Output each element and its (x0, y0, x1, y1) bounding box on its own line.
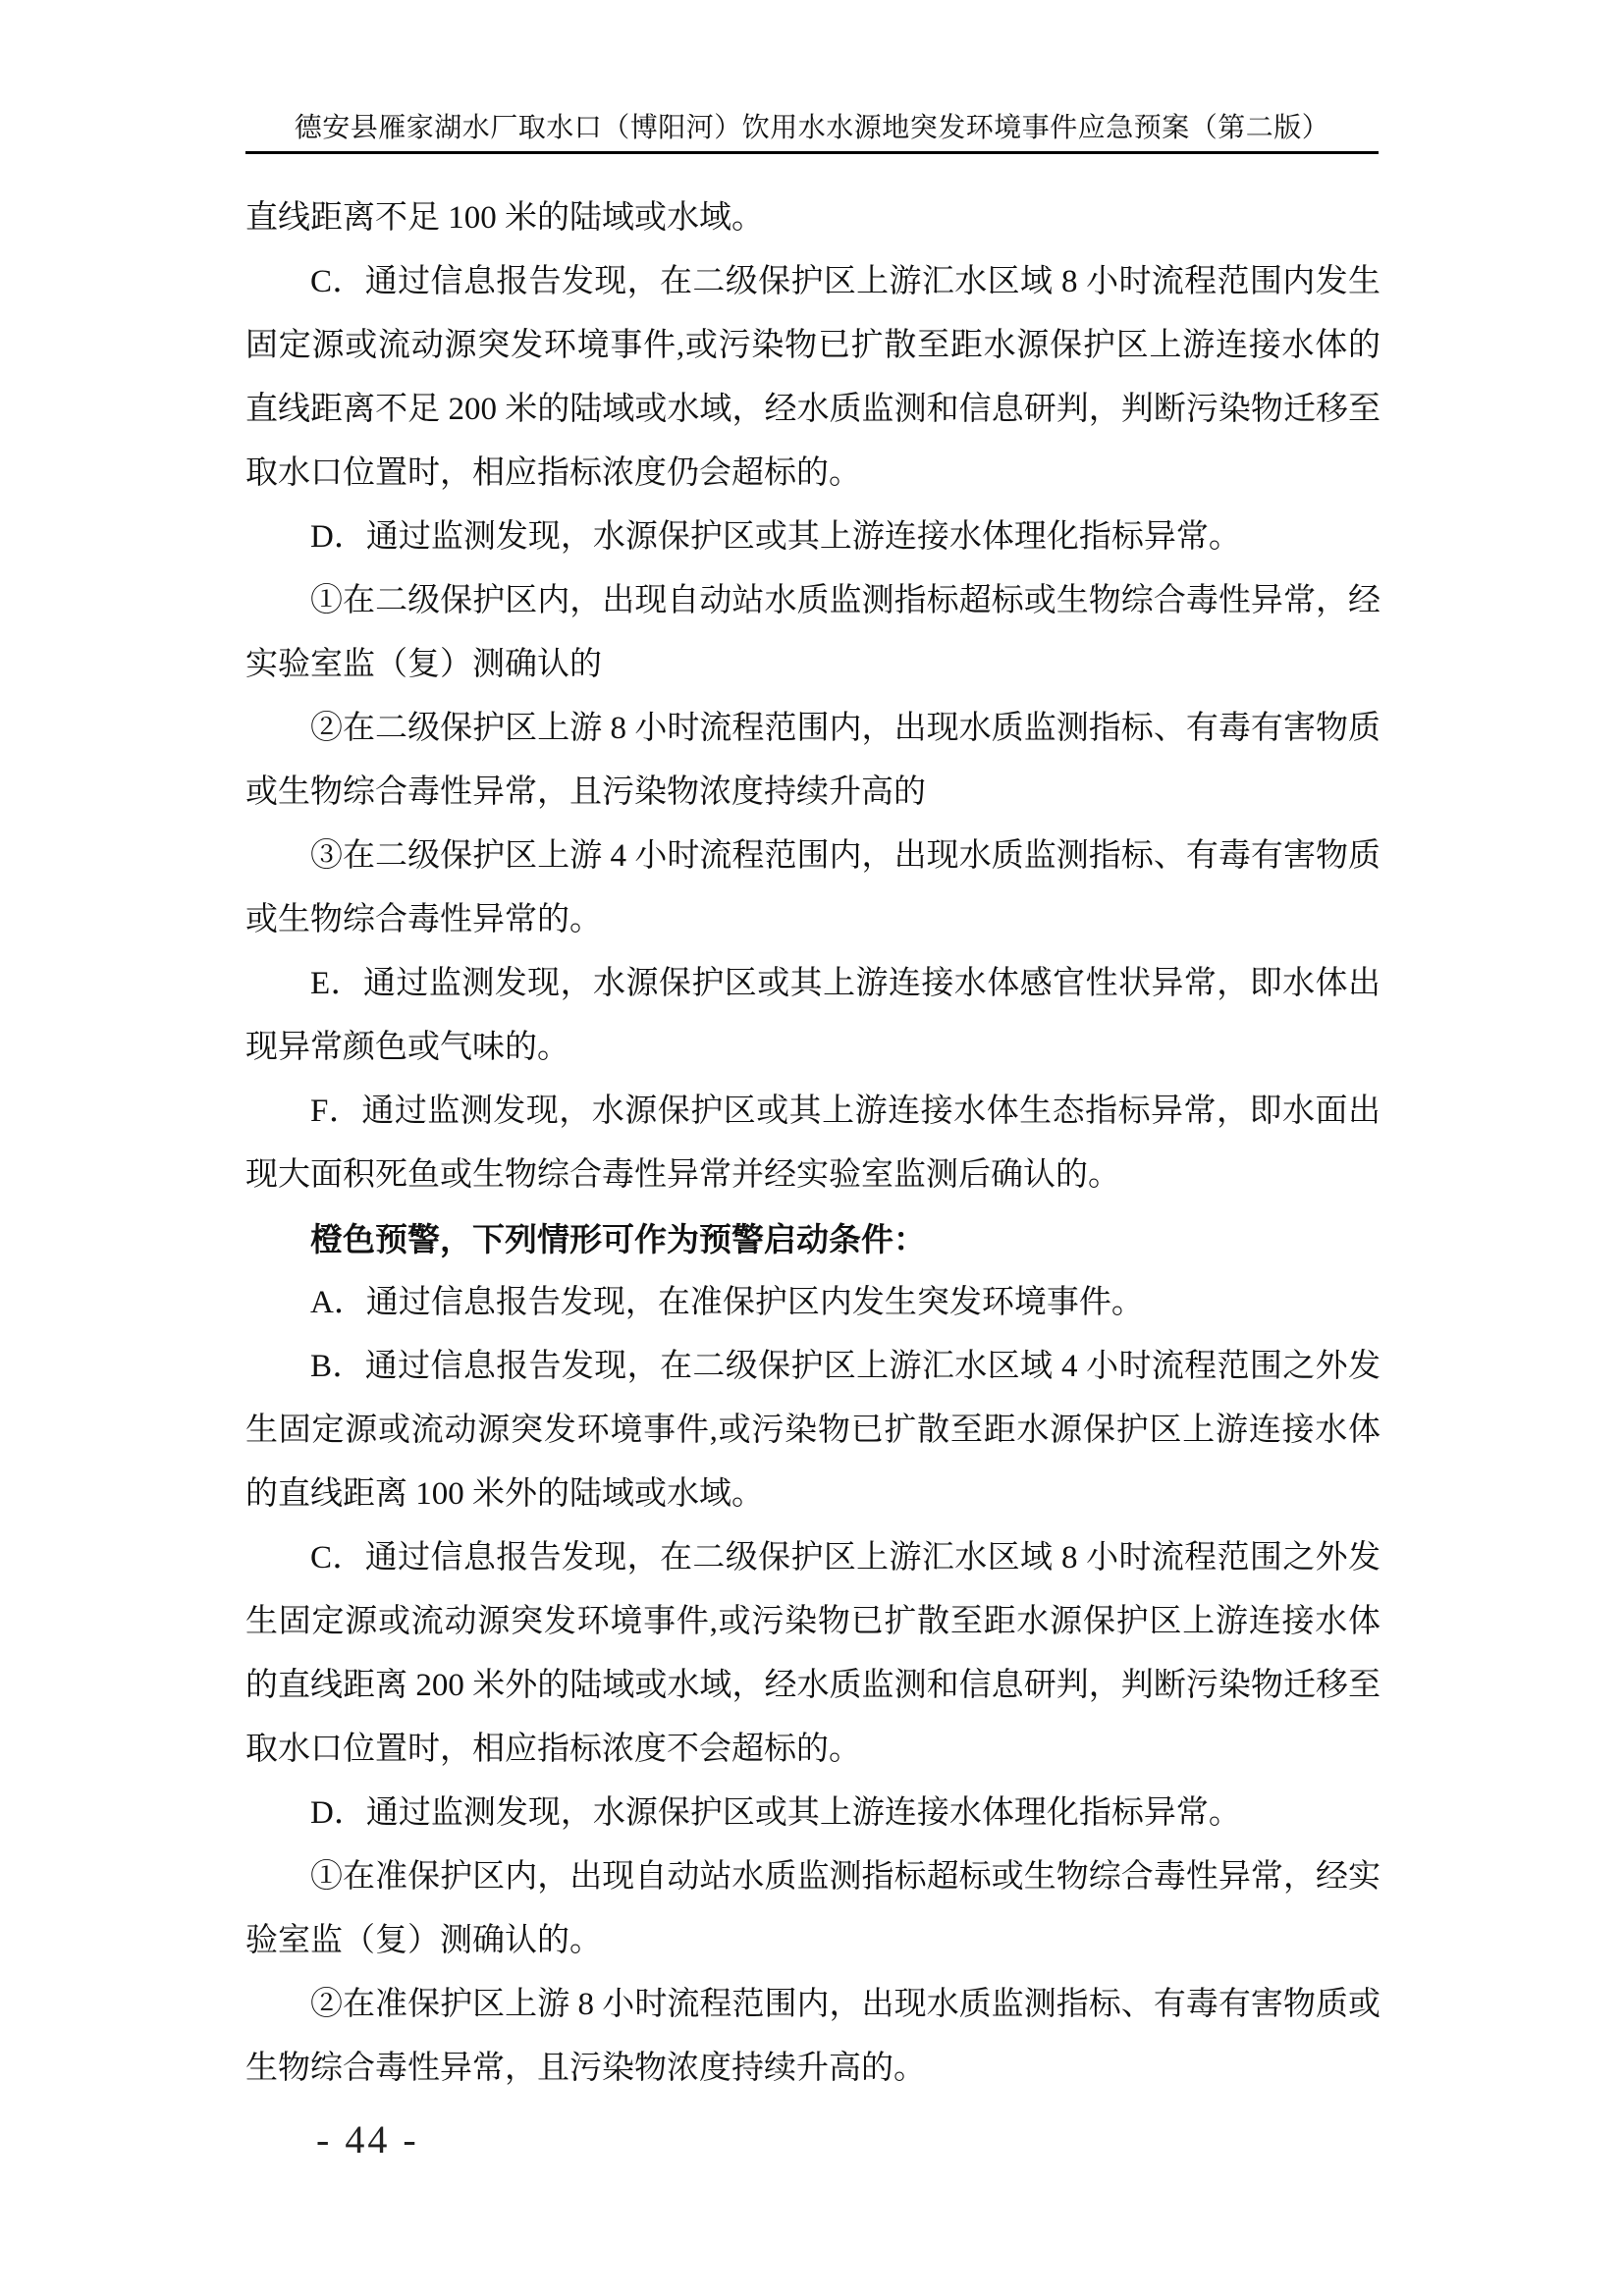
body-line: 的直线距离 100 米外的陆域或水域。 (245, 1463, 1380, 1526)
body-line: ②在准保护区上游 8 小时流程范围内，出现水质监测指标、有毒有害物质或 (245, 1973, 1380, 2037)
body-line: 固定源或流动源突发环境事件,或污染物已扩散至距水源保护区上游连接水体的 (245, 314, 1380, 378)
body-line: F．通过监测发现，水源保护区或其上游连接水体生态指标异常，即水面出 (245, 1080, 1380, 1144)
document-page: 德安县雁家湖水厂取水口（博阳河）饮用水水源地突发环境事件应急预案（第二版） 直线… (0, 0, 1624, 2296)
header-title: 德安县雁家湖水厂取水口（博阳河）饮用水水源地突发环境事件应急预案（第二版） (295, 113, 1330, 143)
body-line: 现大面积死鱼或生物综合毒性异常并经实验室监测后确认的。 (245, 1144, 1380, 1207)
body-line: D．通过监测发现，水源保护区或其上游连接水体理化指标异常。 (245, 506, 1380, 569)
body-line: ②在二级保护区上游 8 小时流程范围内，出现水质监测指标、有毒有害物质 (245, 697, 1380, 761)
body-line: 直线距离不足 100 米的陆域或水域。 (245, 187, 1380, 250)
body-line: 或生物综合毒性异常，且污染物浓度持续升高的 (245, 761, 1380, 825)
page-number: - 44 - (316, 2116, 419, 2163)
body-line: A．通过信息报告发现，在准保护区内发生突发环境事件。 (245, 1271, 1380, 1335)
body-line: 验室监（复）测确认的。 (245, 1909, 1380, 1973)
body-line: 生固定源或流动源突发环境事件,或污染物已扩散至距水源保护区上游连接水体 (245, 1399, 1380, 1463)
body-line: ①在二级保护区内，出现自动站水质监测指标超标或生物综合毒性异常，经 (245, 569, 1380, 633)
body-text: 直线距离不足 100 米的陆域或水域。 C．通过信息报告发现，在二级保护区上游汇… (245, 187, 1380, 2101)
body-line: ①在准保护区内，出现自动站水质监测指标超标或生物综合毒性异常，经实 (245, 1845, 1380, 1909)
body-line: 实验室监（复）测确认的 (245, 633, 1380, 697)
body-line: B．通过信息报告发现，在二级保护区上游汇水区域 4 小时流程范围之外发 (245, 1335, 1380, 1399)
body-line: D．通过监测发现，水源保护区或其上游连接水体理化指标异常。 (245, 1782, 1380, 1845)
page-header: 德安县雁家湖水厂取水口（博阳河）饮用水水源地突发环境事件应急预案（第二版） (245, 110, 1379, 154)
body-line: 生物综合毒性异常，且污染物浓度持续升高的。 (245, 2037, 1380, 2101)
body-line: 的直线距离 200 米外的陆域或水域，经水质监测和信息研判，判断污染物迁移至 (245, 1654, 1380, 1718)
body-line: 或生物综合毒性异常的。 (245, 888, 1380, 952)
body-line: 取水口位置时，相应指标浓度不会超标的。 (245, 1718, 1380, 1782)
body-line: E．通过监测发现，水源保护区或其上游连接水体感官性状异常，即水体出 (245, 952, 1380, 1016)
body-line: C．通过信息报告发现，在二级保护区上游汇水区域 8 小时流程范围之外发 (245, 1526, 1380, 1590)
body-line-section-heading: 橙色预警，下列情形可作为预警启动条件： (245, 1207, 1380, 1271)
body-line: 取水口位置时，相应指标浓度仍会超标的。 (245, 442, 1380, 506)
body-line: ③在二级保护区上游 4 小时流程范围内，出现水质监测指标、有毒有害物质 (245, 825, 1380, 888)
body-line: 现异常颜色或气味的。 (245, 1016, 1380, 1080)
body-line: 生固定源或流动源突发环境事件,或污染物已扩散至距水源保护区上游连接水体 (245, 1590, 1380, 1654)
body-line: C．通过信息报告发现，在二级保护区上游汇水区域 8 小时流程范围内发生 (245, 250, 1380, 314)
body-line: 直线距离不足 200 米的陆域或水域，经水质监测和信息研判，判断污染物迁移至 (245, 378, 1380, 442)
